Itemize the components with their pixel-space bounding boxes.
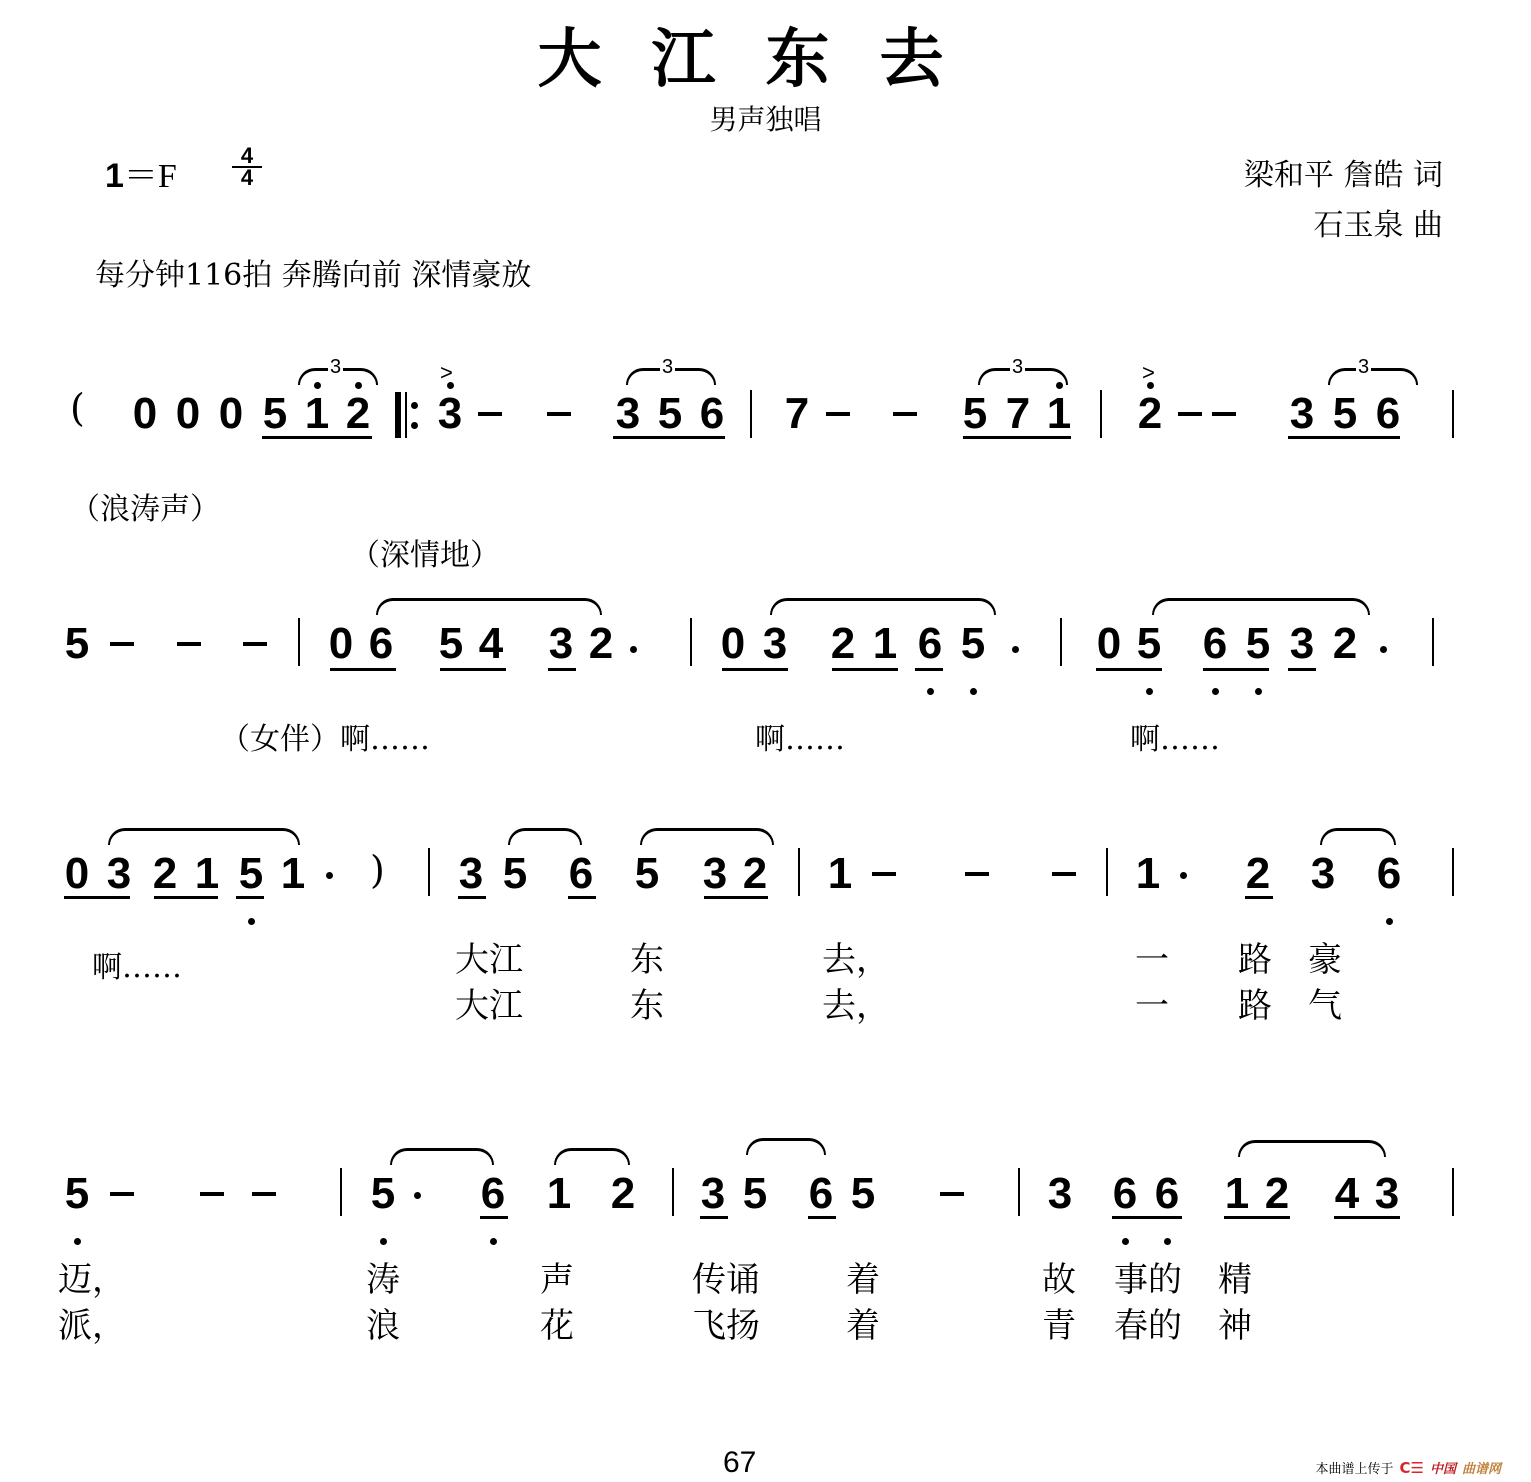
repeat-dot	[411, 402, 418, 409]
dash	[110, 642, 134, 646]
eighth-underline	[832, 668, 898, 671]
note: 1	[544, 1172, 574, 1216]
note: 1	[1133, 852, 1163, 896]
note-low-octave: 6	[915, 622, 945, 666]
dash	[177, 642, 201, 646]
lyric-verse1: 精	[1218, 1262, 1252, 1298]
lyric-verse2: 神	[1218, 1308, 1252, 1344]
barline	[1452, 848, 1454, 896]
note: 5	[848, 1172, 878, 1216]
note: 2	[1243, 852, 1273, 896]
eighth-underline	[1288, 668, 1316, 671]
barline	[1452, 390, 1454, 438]
note: 3	[1045, 1172, 1075, 1216]
note: 3	[1287, 622, 1317, 666]
dash	[965, 872, 989, 876]
note: 3	[613, 392, 643, 436]
lyric-verse2: 飞扬	[692, 1308, 760, 1344]
sixteenth-underline	[915, 668, 943, 671]
note-high-octave: 3	[435, 392, 465, 436]
lyric-verse1: 故	[1042, 1262, 1076, 1298]
phrase-slur	[770, 598, 996, 615]
slur	[390, 1148, 494, 1165]
note: 5	[632, 852, 662, 896]
note: 6	[566, 852, 596, 896]
eighth-underline	[568, 896, 596, 899]
eighth-underline	[1245, 896, 1273, 899]
lyric-verse2: 去，	[822, 988, 890, 1024]
lyric-verse1: 一	[1135, 942, 1169, 978]
barline	[750, 390, 752, 438]
lyric-verse2: 春的	[1114, 1308, 1182, 1344]
note: 2	[828, 622, 858, 666]
dash	[252, 1192, 276, 1196]
note: 2	[150, 852, 180, 896]
lyric-verse1: 东	[630, 942, 664, 978]
augmentation-dot	[1012, 646, 1019, 653]
slur	[746, 1138, 826, 1155]
note: 3	[104, 852, 134, 896]
note: 5	[960, 392, 990, 436]
sixteenth-underline	[700, 1216, 728, 1219]
eighth-underline	[1288, 436, 1400, 439]
eighth-underline	[262, 436, 372, 439]
dash	[893, 412, 917, 416]
lyric-female-accompaniment: （女伴）啊……	[220, 714, 430, 758]
lyric-verse1: 传诵	[692, 1262, 760, 1298]
sixteenth-underline	[458, 896, 486, 899]
lyric-verse2: 着	[846, 1308, 880, 1344]
note: 5	[500, 852, 530, 896]
eighth-underline	[480, 1216, 508, 1219]
note-low-octave: 6	[478, 1172, 508, 1216]
augmentation-dot	[1380, 646, 1387, 653]
note: 6	[1373, 392, 1403, 436]
lyric-verse1: 涛	[366, 1262, 400, 1298]
lyric-verse2: 大江	[455, 988, 523, 1024]
note-high-octave: 1	[302, 392, 332, 436]
note: 1	[1222, 1172, 1252, 1216]
note: 3	[1372, 1172, 1402, 1216]
note: 3	[1287, 392, 1317, 436]
note-low-octave: 5	[62, 1172, 92, 1216]
expression-annotation: （深情地）	[350, 530, 500, 574]
site-name-part1: 中国	[1430, 1458, 1456, 1477]
lyric-verse1: 路	[1238, 942, 1272, 978]
composer-credit: 石玉泉 曲	[1313, 200, 1443, 244]
key-signature: 1＝F	[105, 148, 177, 197]
dash	[547, 412, 571, 416]
note: 1	[870, 622, 900, 666]
repeat-thick-bar	[395, 392, 401, 438]
lyric-verse2: 气	[1308, 988, 1342, 1024]
song-title: 大江东去	[0, 8, 1531, 100]
note: 5	[436, 622, 466, 666]
lyric-verse2: 派，	[58, 1308, 126, 1344]
note: 5	[655, 392, 685, 436]
note: 2	[1330, 622, 1360, 666]
eighth-underline	[963, 436, 1071, 439]
note: 4	[1332, 1172, 1362, 1216]
barline	[1452, 1168, 1454, 1216]
eighth-underline	[440, 668, 506, 671]
note-high-octave: 2	[343, 392, 373, 436]
eighth-underline	[1203, 668, 1269, 671]
note: 0	[62, 852, 92, 896]
lyric-verse2: 青	[1042, 1308, 1076, 1344]
note-low-octave: 5	[1134, 622, 1164, 666]
note-low-octave: 6	[1200, 622, 1230, 666]
note-low-octave: 5	[236, 852, 266, 896]
phrase-slur	[1238, 1140, 1386, 1157]
dash	[872, 872, 896, 876]
eighth-underline	[330, 668, 396, 671]
note-high-octave: 1	[1044, 392, 1074, 436]
augmentation-dot	[414, 1192, 421, 1199]
triplet-slur	[1328, 368, 1418, 385]
phrase-slur	[376, 598, 602, 615]
note: 6	[366, 622, 396, 666]
note: 5	[1330, 392, 1360, 436]
triplet-label: 3	[1010, 356, 1025, 379]
eighth-underline	[704, 896, 768, 899]
note: 0	[216, 392, 246, 436]
slur	[1320, 828, 1396, 845]
note: 3	[698, 1172, 728, 1216]
note: 1	[278, 852, 308, 896]
eighth-underline	[548, 668, 576, 671]
dash	[826, 412, 850, 416]
note: 3	[546, 622, 576, 666]
eighth-underline	[613, 436, 725, 439]
open-parenthesis: (	[70, 386, 85, 430]
note: 2	[740, 852, 770, 896]
eighth-underline	[1334, 1216, 1400, 1219]
barline	[1432, 618, 1434, 666]
note: 1	[192, 852, 222, 896]
phrase-slur	[1152, 598, 1370, 615]
note: 2	[1262, 1172, 1292, 1216]
upload-watermark: 本曲谱上传于 C☰ 中国曲谱网	[1315, 1458, 1501, 1477]
barline	[672, 1168, 674, 1216]
note-low-octave: 6	[1152, 1172, 1182, 1216]
augmentation-dot	[630, 646, 637, 653]
lyric-vocalise: 啊……	[755, 714, 845, 758]
barline	[298, 618, 300, 666]
note-low-octave: 5	[1243, 622, 1273, 666]
lyric-verse1: 豪	[1308, 942, 1342, 978]
sixteenth-underline	[808, 1216, 836, 1219]
eighth-underline	[722, 668, 788, 671]
triplet-label: 3	[1356, 356, 1371, 379]
eighth-underline	[1096, 668, 1162, 671]
site-logo-icon: C☰	[1400, 1459, 1424, 1477]
performance-type: 男声独唱	[0, 98, 1531, 138]
lyric-verse2: 浪	[366, 1308, 400, 1344]
slur	[508, 828, 582, 845]
note: 6	[806, 1172, 836, 1216]
note: 0	[130, 392, 160, 436]
dash	[110, 1192, 134, 1196]
tempo-marking: 每分钟116拍 奔腾向前 深情豪放	[95, 250, 531, 294]
close-parenthesis: )	[370, 848, 385, 892]
note: 5	[260, 392, 290, 436]
note: 0	[173, 392, 203, 436]
lyric-verse1: 大江	[455, 942, 523, 978]
note: 3	[456, 852, 486, 896]
note: 3	[700, 852, 730, 896]
eighth-underline	[236, 896, 264, 899]
barline	[428, 848, 430, 896]
barline	[1100, 390, 1102, 438]
time-signature-denominator: 4	[232, 168, 262, 188]
lyric-verse1: 迈，	[58, 1262, 126, 1298]
note: 7	[1003, 392, 1033, 436]
lyric-verse1: 着	[846, 1262, 880, 1298]
dash	[200, 1192, 224, 1196]
note: 1	[825, 852, 855, 896]
lyric-verse2: 路	[1238, 988, 1272, 1024]
barline	[1018, 1168, 1020, 1216]
barline	[1106, 848, 1108, 896]
eighth-underline	[64, 896, 130, 899]
note: 0	[326, 622, 356, 666]
note: 7	[782, 392, 812, 436]
dash	[1052, 872, 1076, 876]
lyric-vocalise: 啊……	[1130, 714, 1220, 758]
note: 5	[740, 1172, 770, 1216]
slur	[640, 828, 774, 845]
lyric-verse2: 东	[630, 988, 664, 1024]
lyric-verse2: 一	[1135, 988, 1169, 1024]
barline	[690, 618, 692, 666]
dash	[478, 412, 502, 416]
note: 5	[62, 622, 92, 666]
note: 2	[608, 1172, 638, 1216]
lyricist-credit: 梁和平 詹皓 词	[1244, 150, 1443, 194]
note: 3	[760, 622, 790, 666]
note: 0	[718, 622, 748, 666]
augmentation-dot	[326, 872, 333, 879]
augmentation-dot	[1180, 872, 1187, 879]
key-name: ＝F	[124, 158, 177, 195]
dash	[243, 642, 267, 646]
note: 6	[697, 392, 727, 436]
note: 3	[1308, 852, 1338, 896]
triplet-label: 3	[660, 356, 675, 379]
eighth-underline	[1224, 1216, 1290, 1219]
lyric-verse1: 事的	[1114, 1262, 1182, 1298]
page-number: 67	[723, 1446, 756, 1480]
eighth-underline	[1112, 1216, 1182, 1219]
lyric-verse2: 花	[540, 1308, 574, 1344]
dash	[1212, 412, 1236, 416]
time-signature: 4 4	[232, 146, 262, 188]
note: 4	[476, 622, 506, 666]
note-low-octave: 5	[958, 622, 988, 666]
note-low-octave: 6	[1374, 852, 1404, 896]
note-high-octave: 2	[1135, 392, 1165, 436]
repeat-dot	[411, 422, 418, 429]
performance-annotation: （浪涛声）	[70, 484, 220, 528]
barline	[798, 848, 800, 896]
dash	[940, 1192, 964, 1196]
key-tonic-number: 1	[105, 157, 124, 195]
note: 2	[586, 622, 616, 666]
barline	[340, 1168, 342, 1216]
phrase-slur	[108, 828, 300, 845]
barline	[1060, 618, 1062, 666]
upload-text: 本曲谱上传于	[1315, 1458, 1393, 1477]
slur	[554, 1148, 630, 1165]
lyric-vocalise: 啊……	[92, 942, 182, 986]
lyric-verse1: 声	[540, 1262, 574, 1298]
dash	[1178, 412, 1202, 416]
note-low-octave: 6	[1110, 1172, 1140, 1216]
triplet-label: 3	[328, 356, 343, 379]
site-name-part2: 曲谱网	[1462, 1458, 1501, 1477]
repeat-thin-bar	[405, 392, 407, 438]
lyric-verse1: 去，	[822, 942, 890, 978]
eighth-underline	[154, 896, 218, 899]
note: 0	[1094, 622, 1124, 666]
note-low-octave: 5	[368, 1172, 398, 1216]
